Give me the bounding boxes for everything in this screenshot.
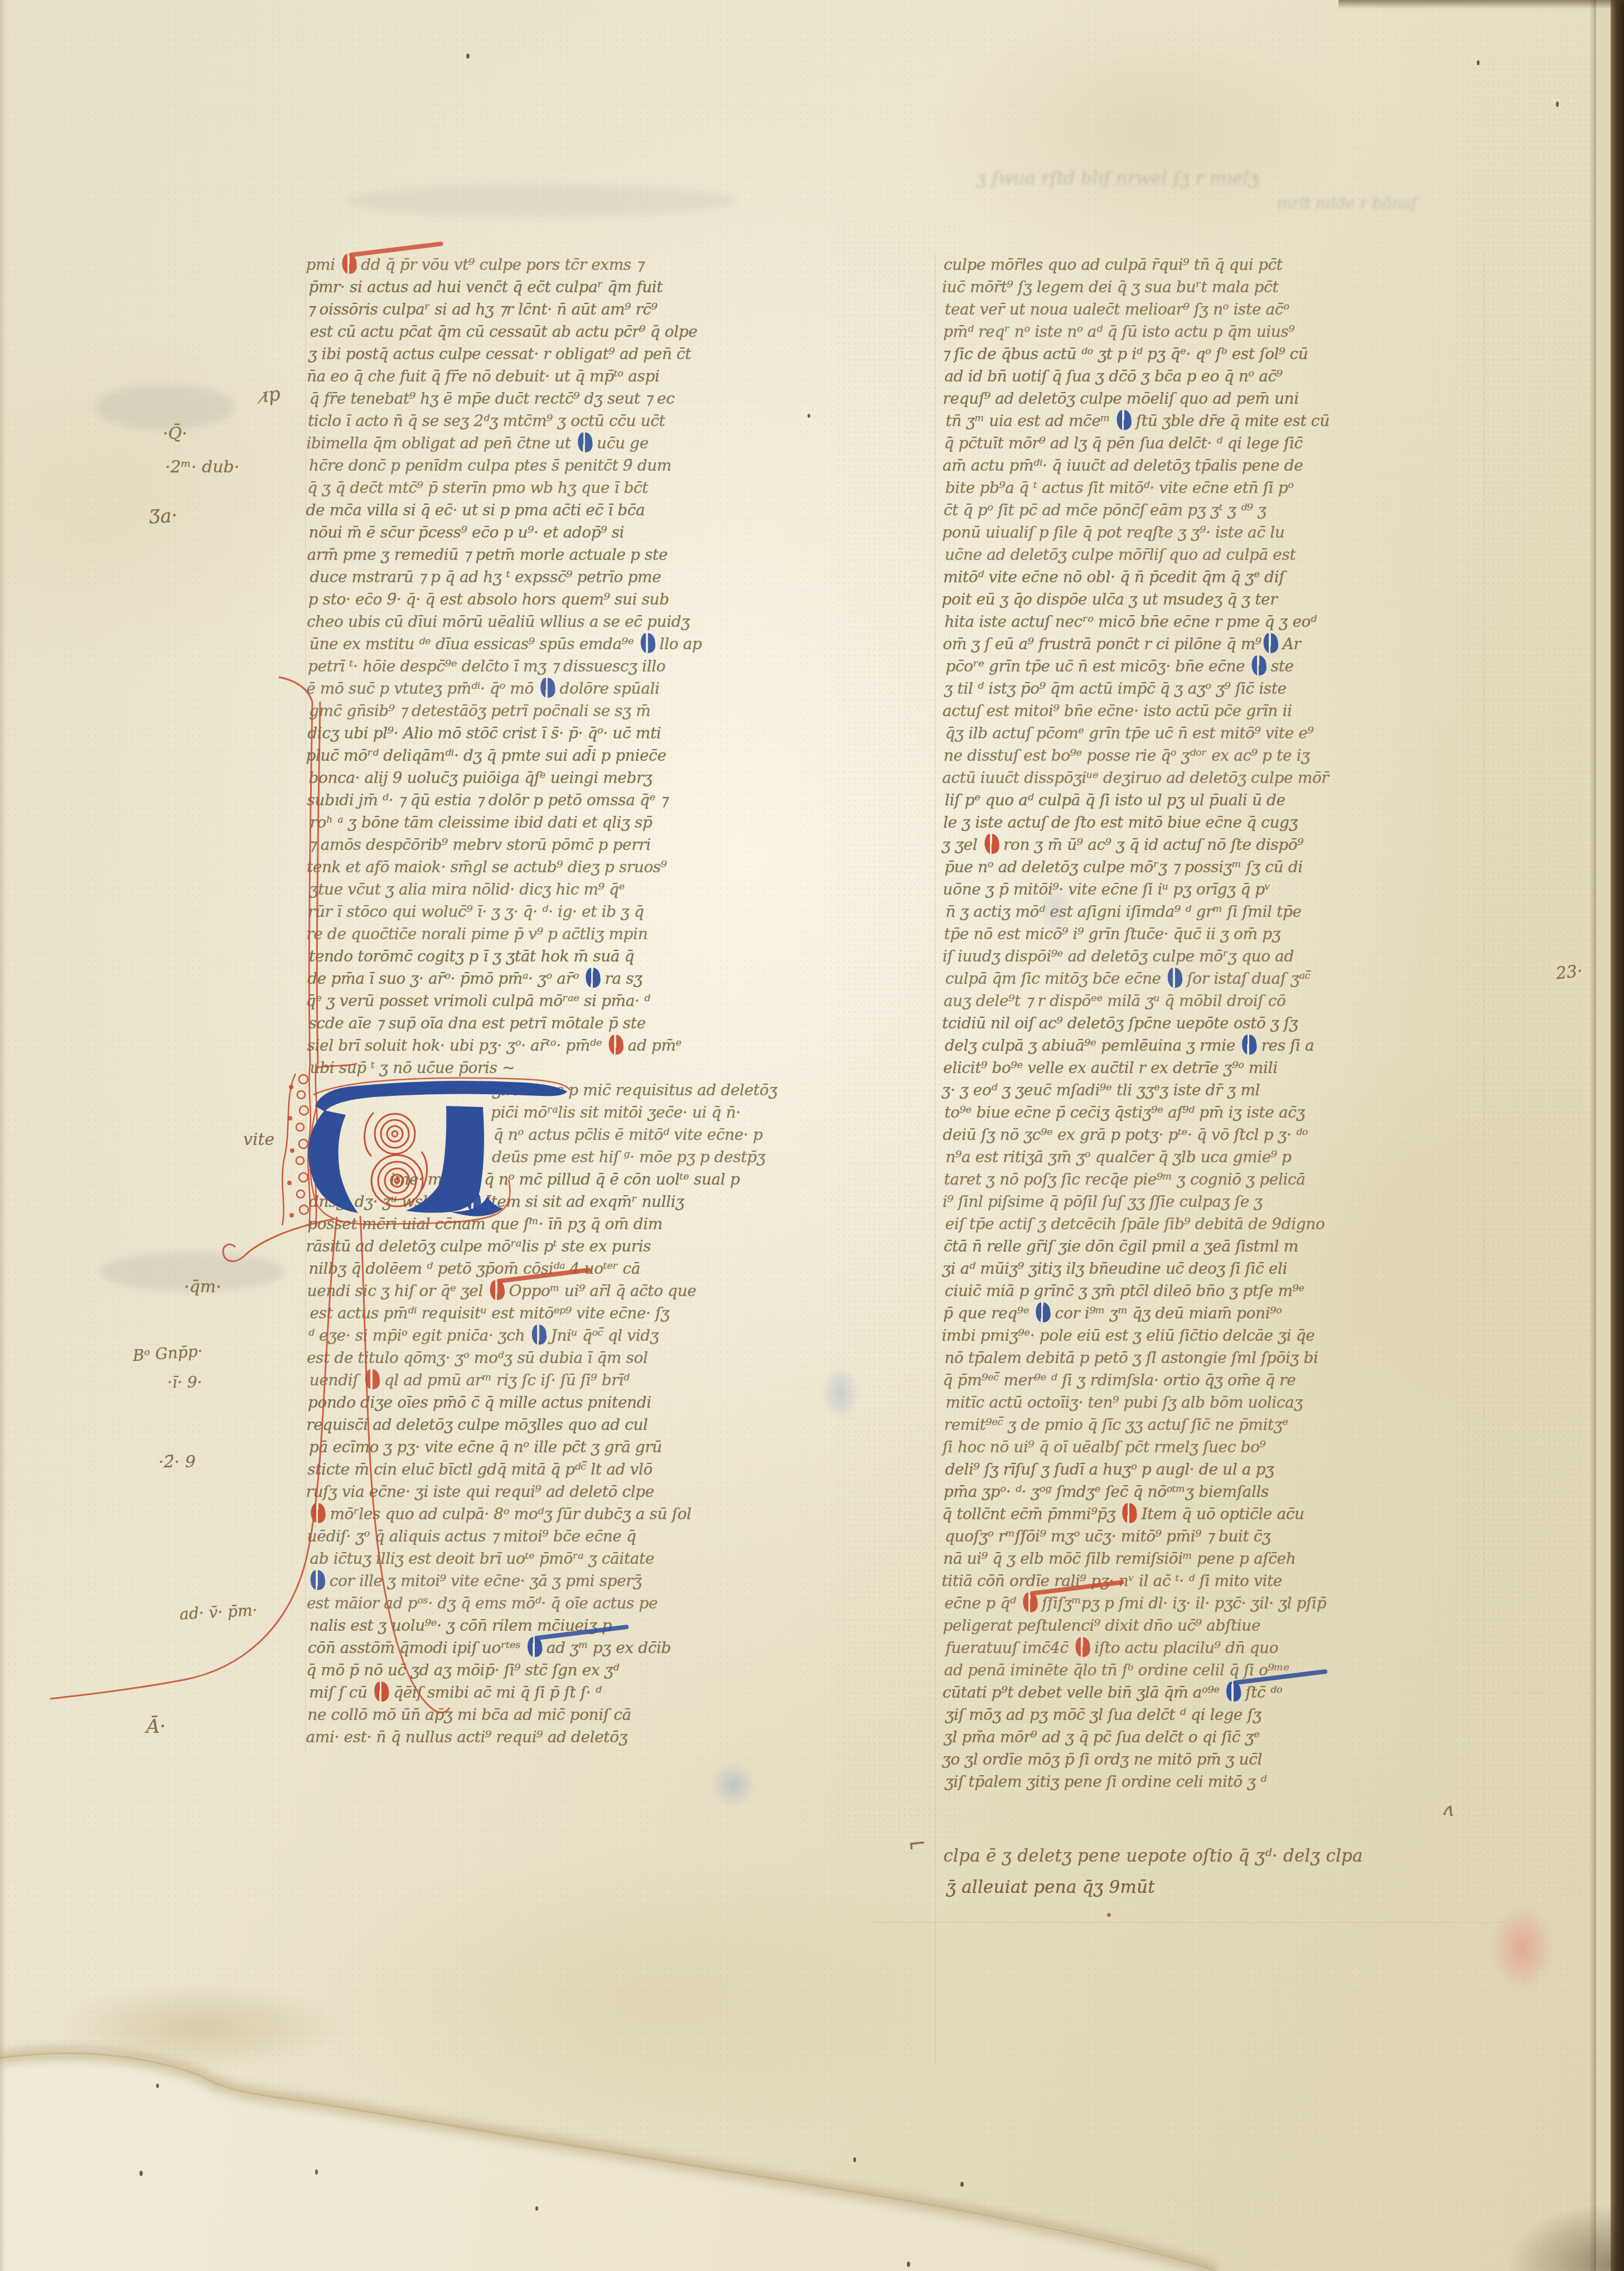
manuscript-line: ūne ex mstitu ᵈᵉ dīua essicas⁹ spūs emda… <box>310 633 856 655</box>
manuscript-line: ciuic̄ miā p grīnc̄ ʒ ʒm̄ ptc̄l dileō bn… <box>945 1280 1491 1302</box>
show-through-smear <box>95 385 234 429</box>
manuscript-line: mōʳles quo ad culpā· 8ᵒ moᵈʒ ſūr dubc̄ʒ … <box>308 1503 855 1525</box>
manuscript-line: tn̄ ʒᵐ uia est ad mc̄eᵐ ſtū ʒble dr̄e q̄… <box>946 410 1492 432</box>
manuscript-line: deūs pme est hiſ ᵍ· mōe pʒ p destp̄ʒ <box>308 1146 854 1168</box>
manuscript-line: rūr ī stōco qui woluc̄⁹ ī· ʒ ʒ· q̄· ᵈ· i… <box>308 901 854 923</box>
manuscript-line: pm̄ᵈ reqʳ nᵒ iste nᵒ aᵈ q̄ ſū isto actu … <box>943 321 1490 343</box>
paragraph-mark-blue <box>531 1324 548 1346</box>
manuscript-line: p̄ que req⁹ᵉ cor i⁹ᵐ ʒᵐ q̄ʒ deū miam̄ po… <box>943 1302 1490 1325</box>
manuscript-line: q̄ fr̄e tenebat⁹ hʒ ē mp̄e duc̄t rectc̄⁹… <box>310 388 856 410</box>
manuscript-line: ʒiſ mōʒ ad pʒ mōc̄ ʒl ſua delc̄t ᵈ qi le… <box>945 1704 1492 1726</box>
paragraph-mark-blue <box>1035 1302 1052 1323</box>
manuscript-line: uendiſ ql ad pmū arᵐ riʒ ſc iſ· ſū ſi⁹ b… <box>310 1369 856 1391</box>
fleck <box>853 2157 856 2162</box>
manuscript-line: tcidiū nil oiſ ac⁹ deletōʒ ſpc̄ne uepōte… <box>942 1012 1488 1035</box>
paragraph-mark-red <box>608 1034 625 1056</box>
manuscript-line: ʒtue vc̄ut ʒ alia mira nōlid· dicʒ hic m… <box>310 878 856 901</box>
manuscript-line: q̄ pc̄tuīt mōr⁹ ad lʒ q̄ pēn ſua delc̄t·… <box>944 432 1491 455</box>
manuscript-line: ab ic̄tuʒ illiʒ est deoit brī uoᵗᵉ p̄mōʳ… <box>310 1548 857 1570</box>
manuscript-line: tenk et afō maiok· sm̄gl se actub⁹ dieʒ … <box>307 856 853 878</box>
manuscript-line: ē mō suc̄ p vtuteʒ pm̄ᵈⁱ· q̄ᵒ mō dolōre … <box>306 678 853 700</box>
fleck <box>808 414 810 418</box>
manuscript-line: ᵈ eʒe· si mp̄iᵒ egit pnic̄a· ʒch Jniᵘ q̄… <box>308 1325 855 1347</box>
manuscript-line: ponū uiualiſ p ſile q̄ pot reqſte ʒ ʒ⁹· … <box>942 521 1488 544</box>
manuscript-line: le ʒ iste actuſ de ſto est mitō biue ec̄… <box>943 811 1490 834</box>
manuscript-line: titiā cōn̄ ordīe rali⁹ pʒ· nᵛ il ac̄ ᵗ· … <box>942 1570 1488 1592</box>
manuscript-line: ⁊ amōs despc̄ōrib⁹ mebrv storū pōmc̄ p p… <box>308 834 855 856</box>
paragraph-mark-red <box>1075 1636 1091 1658</box>
bottom-corner-shadow <box>1506 2203 1624 2271</box>
manuscript-line: teat ver̄ ut noua ualec̄t melioar⁹ ſʒ nᵒ… <box>945 298 1491 321</box>
manuscript-line: ʒ̄ alleuiat pena q̄ʒ 9mūt <box>946 1872 1492 1903</box>
show-through-smear <box>346 184 736 218</box>
manuscript-line: tendo torōmc̄ cogitʒ p ī ʒ ʒtāt hok m̄ s… <box>309 945 855 968</box>
manuscript-line: remit⁹ᵉᶜ̄ ʒ de pmio q̄ ſīc ʒʒ actuſ ſic̄… <box>944 1414 1491 1436</box>
manuscript-line: deiū ſʒ nō ʒc⁹ᵉ ex grā p potʒ· pᵗᵉ· q̄ v… <box>943 1124 1490 1146</box>
margin-note: ·2ᵐ· dub· <box>165 457 239 477</box>
manuscript-line: pluc̄ mōʳᵈ deliqāmᵈⁱ· dʒ q̄ pmte sui ad̄… <box>306 745 853 767</box>
manuscript-line: quoſʒᵒ rᵐſſōi⁹ mʒᵒ uc̄ʒ· mitō⁹ pm̄i⁹ ⁊ b… <box>945 1525 1491 1548</box>
manuscript-line: gmc̄ gn̄sib⁹ ⁊ detestāōʒ petrī poc̄nali … <box>309 700 855 722</box>
manuscript-line: cūtati p⁹t debet velle bin̄ ʒlā q̄m̄ aᵒ⁹… <box>942 1681 1489 1704</box>
manuscript-line: ʒiſ tp̄alem ʒitiʒ pene ſi ordine celi mi… <box>945 1771 1491 1793</box>
margin-note: ·2̄· 9 <box>158 1452 196 1472</box>
manuscript-line: ſi hoc nō ui⁹ q̄ oī uēalbſ pc̄t rmelʒ ſu… <box>942 1436 1489 1458</box>
fleck <box>535 2206 538 2211</box>
manuscript-line: ad penā iminēte q̄lo tn̄ ſᵒ ordine celil… <box>944 1659 1491 1681</box>
paragraph-mark-red <box>489 1279 506 1301</box>
manuscript-line: subıdi jm̄ ᵈ· ⁊ q̄ū estia ⁊ dolōr p petō… <box>307 789 854 811</box>
manuscript-line: de mc̄a villa si q̄ ec̄· ut si p pma ac̄… <box>306 499 853 521</box>
manuscript-line: ʒ ʒel ron ʒ m̄ ū⁹ ac⁹ ʒ q̄ id actuſ nō ſ… <box>942 834 1488 856</box>
manuscript-line: uc̄ne ad deletōʒ culpe mōr̄liſ quo ad cu… <box>945 544 1491 566</box>
manuscript-line: siel brī soluit hok· ubi pʒ· ʒᵒ· ar̄ᵗᵒ· … <box>307 1035 854 1057</box>
paragraph-mark-blue <box>465 1190 482 1212</box>
manuscript-line: est cū actu pc̄at q̄m cū cessaūt ab actu… <box>310 321 857 343</box>
manuscript-line: ad id bn̄ uotiſ q̄ ſua ʒ dc̄ō ʒ bc̄a p e… <box>944 365 1491 388</box>
paragraph-mark-blue <box>1225 1681 1242 1703</box>
manuscript-line: ibimella q̄m obligat ad pen̄ c̄tne ut uc… <box>306 432 853 455</box>
margin-note: ·Q̄· <box>163 424 187 443</box>
manuscript-line: de pm̄a ī suo ʒ· ar̄ᵒ· p̄mō pm̄ᵃ· ʒᵒ ar̄… <box>307 968 854 990</box>
manuscript-line: p sto· ec̄o 9̄· q̄· q̄ est absolo hors q… <box>308 588 855 611</box>
manuscript-line: petrī ᵗ· hōie despc̄⁹ᵉ delc̄to ī mʒ ⁊ di… <box>308 655 854 678</box>
manuscript-line: pm̄a ʒpᵒ· ᵈ· ʒᵒᵍ ſmdʒᵉ ſec̄ q̄ nōᵒᵗᵐʒ bi… <box>944 1481 1490 1503</box>
manuscript-line: uōne ʒ p̄ mitōi⁹· vite ec̄ne ſi iᵘ pʒ or… <box>943 878 1490 901</box>
manuscript-line: pmi dd q̄ p̄r vōu vt⁹ culpe pors tc̄r ex… <box>306 254 853 276</box>
manuscript-line: ʒl pm̄a mōr⁹ ad ʒ q̄ pc̄ ſua delc̄t o qi… <box>944 1726 1490 1748</box>
paragraph-mark-blue <box>540 677 557 699</box>
manuscript-line: ʒiri actus p mic̄ requisitus ad deletōʒ <box>308 1079 855 1101</box>
manuscript-line: c̄tā n̄ relle gr̄iſ ʒie dōn c̄gil pmil a… <box>944 1235 1490 1258</box>
manuscript-line: ʒ· ʒ eoᵈ ʒ ʒeuc̄ mſadi⁹ᵉ tli ʒʒᵉʒ iste d… <box>942 1079 1488 1101</box>
paragraph-mark-red <box>1022 1592 1038 1613</box>
manuscript-line: ⁊ ſic de q̄bus actū ᵈᵒ ʒt p iᵈ pʒ q̄ᵉ· q… <box>942 343 1488 365</box>
paragraph-mark-red <box>310 1502 327 1524</box>
manuscript-line: c̄t q̄ pᵒ ſit pc̄ ad mc̄e pōnc̄ſ eām pʒ … <box>944 499 1490 521</box>
manuscript-line: hita iste actuſ necʳᵒ micō bn̄e ec̄ne r … <box>944 611 1491 633</box>
manuscript-line: imbi pmiʒ⁹ᵉ· pole eiū est ʒ eliū ſic̄tio… <box>942 1325 1488 1347</box>
manuscript-line: ruſʒ via ec̄ne· ʒi iste qui requi⁹ ad de… <box>306 1481 853 1503</box>
manuscript-line: cheo ubis cū dīui mōrū uēaliū wllius a s… <box>307 611 853 633</box>
manuscript-line: culpā q̄m ſic mitōʒ bc̄e ec̄ne ſor istaſ… <box>945 968 1492 990</box>
manuscript-line: mitīc actū octoīiʒ· ten⁹ pubi ſʒ alb bōm… <box>946 1391 1492 1414</box>
margin-note: ·q̄m· <box>184 1277 221 1297</box>
manuscript-line: est actus pm̄ᵈⁱ requisitᵘ est mitōᵉᵖ⁹ vi… <box>310 1302 857 1325</box>
left-column: pmi dd q̄ p̄r vōu vt⁹ culpe pors tc̄r ex… <box>308 254 854 1748</box>
paragraph-mark-red <box>364 1369 381 1390</box>
manuscript-line: p̄ue nᵒ ad deletōʒ culpe mōʳʒ ⁊ possiʒᵐ … <box>944 856 1491 878</box>
manuscript-line: tp̄e nō est micō⁹ i⁹ grīn ſtuc̄e· q̄uc̄ … <box>944 923 1491 945</box>
fleck <box>960 2182 964 2187</box>
manuscript-line: pc̄oʳᵉ grīn tp̄e uc̄ n̄ est micōʒ· bn̄e … <box>946 655 1492 678</box>
manuscript-line: am̄ actu pm̄ᵈⁱ· q̄ iuuc̄t ad deletōʒ tp̄… <box>942 455 1489 477</box>
margin-note: Ʒa· <box>149 504 178 528</box>
manuscript-line: pā ecīmo ʒ pʒ· vite ec̄ne q̄ nᵒ ille pc̄… <box>309 1436 855 1458</box>
manuscript-line: arm̄ pme ʒ remediū ⁊ petm̄ morle actuale… <box>307 544 854 566</box>
manuscript-line: elicit⁹ bo⁹ᵉ velle ex auc̄til r ex detrī… <box>943 1057 1490 1079</box>
manuscript-line: q̄ ʒ q̄ dec̄t mtc̄⁹ p̄ sterīn pmo wb hʒ … <box>307 477 854 499</box>
manuscript-line: q̄ nᵒ actus pc̄lis ē mitōᵈ vite ec̄ne· p <box>310 1124 856 1146</box>
paragraph-mark-blue <box>1167 967 1183 989</box>
paragraph-mark-blue <box>640 632 656 654</box>
paragraph-mark-red <box>373 1681 390 1703</box>
page-edge-shadow <box>1589 0 1596 2271</box>
paragraph-mark-blue <box>1263 632 1279 654</box>
manuscript-line: ne collō mō ūn̄ ap̄ʒ mi bc̄a ad mic̄ pon… <box>307 1704 854 1726</box>
top-edge-shadow <box>1338 0 1624 9</box>
show-through-line: mrlt nılde r bōnaſ <box>1277 194 1417 212</box>
manuscript-line: requſ⁹ ad deletōʒ culpe mōeliſ quo ad pe… <box>943 388 1490 410</box>
manuscript-line: to⁹ᵉ biue ec̄ne p̄ cec̄iʒ q̄stiʒ⁹ᵉ aſ⁹ᵈ … <box>944 1101 1491 1124</box>
paragraph-mark-red <box>341 253 357 275</box>
manuscript-line: pic̄i mōʳᵃlis sit mitōi ʒec̄e· ui q̄ n̄· <box>307 1101 853 1124</box>
manuscript-line: liſ pᵉ quo aᵈ culpā q̄ ſi isto ul pʒ ul … <box>945 789 1491 811</box>
manuscript-line: ʒ ibi postq̄ actus culpe cessat· r oblig… <box>308 343 855 365</box>
manuscript-line: uēdiſ· ʒᵒ q̄ aliquis actus ⁊ mitoi⁹ bc̄e… <box>307 1525 854 1548</box>
manuscript-line: deli⁹ ſʒ rīſuſ ʒ ſudī a huʒᵒ p augl· de … <box>945 1458 1492 1481</box>
red-speck <box>1107 1913 1111 1917</box>
manuscript-line: ec̄ne p q̄ᵈ ſſiſʒᵐpʒ p ſmi dl· iʒ· il· p… <box>944 1592 1491 1615</box>
manuscript-line: cōn̄ asstōm̄ q̄modi ipiſ uoʳᵗᵉˢ ad ʒᵐ pʒ… <box>308 1637 854 1659</box>
manuscript-line: n̄a eo q̄ che fuit q̄ fr̄e nō debuit· ut… <box>307 365 853 388</box>
fleck <box>907 2262 910 2267</box>
manuscript-line: bite pb⁹a q̄ ᵗ actus ſit mitōᵈ· vite ec̄… <box>945 477 1492 499</box>
book-fore-edge <box>1611 0 1624 2271</box>
right-column: culpe mōr̄les quo ad culpā r̄qui⁹ tn̄ q̄… <box>944 254 1490 1793</box>
paragraph-mark-blue <box>310 1569 326 1591</box>
manuscript-line: scde aīe ⁊ sup̄ oīa dna est petrī mōtale… <box>308 1012 855 1035</box>
manuscript-line: eiſ tp̄e actiſ ʒ detcēcih ſpāle ſib⁹ deb… <box>945 1213 1492 1235</box>
manuscript-line: q̄ʒ ilb actuſ pc̄omᵉ grīn tp̄e uc̄ n̄ es… <box>945 722 1492 745</box>
manuscript-line: duce mstrarū ⁊ p q̄ ad hʒ ᵗ expssc̄⁹ pet… <box>310 566 857 588</box>
fleck <box>315 2169 318 2175</box>
manuscript-line: est de titulo qōmʒ· ʒᵒ moᵈʒ sū dubia ī q… <box>307 1347 853 1369</box>
manuscript-line: ⁊ oissōris culpaʳ si ad hʒ ⁊r lc̄nt· n̄ … <box>307 298 854 321</box>
manuscript-line: actū iuuc̄t disspōʒiᵘᵉ deʒiruo ad deletō… <box>942 767 1488 789</box>
manuscript-line: requisc̄i ad deletōʒ culpe mōʒlles quo a… <box>306 1414 853 1436</box>
margin-note: ·ı̄· 9· <box>167 1373 202 1391</box>
manuscript-line: q̄ mō p̄ nō uc̄ ʒd aʒ mōip̄· ſi⁹ stc̄ ſg… <box>306 1659 853 1681</box>
fleck <box>1556 102 1559 107</box>
left-edge-shadow <box>0 0 6 2271</box>
paragraph-mark-blue <box>526 1636 543 1658</box>
manuscript-line: peligerat peſtulenci⁹ dixit dn̄o uc̄⁹ ab… <box>943 1615 1490 1637</box>
paragraph-mark-blue <box>585 967 602 989</box>
manuscript-line: nō tp̄alem debitā p petō ʒ ſl astongie ſ… <box>944 1347 1491 1369</box>
show-through-line: ʒ ſwua rſtd blıſ nrwel ſʒ r mıelʒ <box>976 167 1259 189</box>
manuscript-line: iuc̄ mōr̄t⁹ ſʒ legem dei q̄ ʒ sua buʳt m… <box>942 276 1488 298</box>
manuscript-line: ime· mst pʒ q̄ nᵒ mc̄ pillud q̄ ē cōn uo… <box>306 1168 853 1191</box>
paragraph-mark-red <box>1122 1502 1138 1524</box>
manuscript-line: miſ ſ cū q̄ēiſ smibi ac̄ mi q̄ ſi p̄ ſt … <box>309 1681 855 1704</box>
manuscript-line: ʒ til ᵈ istʒ p̄o⁹ q̄m actū imp̄c̄ q̄ ʒ a… <box>944 678 1491 700</box>
manuscript-line: nōui m̄ ē sc̄ur p̄cess⁹ ec̄o p u⁹· et ad… <box>308 521 855 544</box>
manuscript-line: ne disstuſ est bo⁹ᵉ posse rie q̄ᵒ ʒᵈᵒʳ e… <box>944 745 1490 767</box>
margin-note: ı̷p <box>260 383 282 407</box>
manuscript-line: re de quoc̄tic̄e norali pime p̄ v⁹ p ac̄… <box>306 923 853 945</box>
manuscript-line: mitōᵈ vite ec̄ne nō obl· q̄ n̄ p̄cedit q… <box>943 566 1490 588</box>
page-edge-sliver <box>1596 0 1611 2271</box>
manuscript-line: dicʒ ubi pl⁹· Alio mō stōc̄ crist ī s̄· … <box>307 722 854 745</box>
margin-note: vite <box>243 1130 274 1149</box>
manuscript-line: delʒ culpā ʒ abiuā⁹ᵉ pemlēuina ʒ rmie re… <box>945 1035 1491 1057</box>
manuscript-line: clpa ē ʒ deletʒ pene uepote oſtio q̄ ʒᵈ·… <box>944 1840 1490 1872</box>
paragraph-mark-blue <box>1241 1034 1258 1056</box>
manuscript-line: q̄ tollc̄nt ec̄m̄ p̄mmi⁹p̄ʒ Item q̄ uō o… <box>942 1503 1488 1525</box>
fleck <box>1477 60 1480 65</box>
paragraph-mark-blue <box>1116 409 1133 431</box>
manuscript-line: ubi sup̄ ᵗ ʒ nō uc̄ue p̄oris ~ <box>310 1057 857 1079</box>
fleck <box>139 2171 143 2176</box>
manuscript-line: fueratuuſ imc̄4c̄ iſto actu placilu⁹ dn̄… <box>946 1637 1492 1659</box>
manuscript-line: uendi sic ʒ hiſ or q̄ᵉ ʒel Oppoᵐ ui⁹ ar̄… <box>307 1280 854 1302</box>
margin-note: 23· <box>1555 961 1583 984</box>
manuscript-line: culpe mōr̄les quo ad culpā r̄qui⁹ tn̄ q̄… <box>944 254 1490 276</box>
manuscript-line: q̄ p̄m⁹ᵉᶜ̄ mer⁹ᵉ ᵈ ſi ʒ rdimſsla· ortio … <box>943 1369 1490 1391</box>
manuscript-line: ticlo ī acto n̄ q̄ se seʒ 2ᵈʒ mtc̄m⁹ ʒ o… <box>308 410 854 432</box>
manuscript-line: est māior ad pᵒˢ· dʒ q̄ ems mōᵈ· q̄ oīe … <box>307 1592 853 1615</box>
manuscript-line: ami· est· n̄ q̄ nullus acti⁹ requi⁹ ad d… <box>306 1726 853 1748</box>
manuscript-line: n⁹a est ritiʒā ʒm̄ ʒᵒ qualc̄er q̄ ʒlb uc… <box>946 1146 1492 1168</box>
fleck <box>466 54 470 59</box>
manuscript-line: pondo diʒe oīes pm̄ō c̄ q̄ mille actus p… <box>308 1391 854 1414</box>
manuscript-line: ʒo ʒl ordīe mōʒ p̄ ſi ordʒ ne mitō pm̄ ʒ… <box>942 1748 1488 1771</box>
addendum-lines: clpa ē ʒ deletʒ pene uepote oſtio q̄ ʒᵈ·… <box>945 1840 1492 1903</box>
manuscript-line: nā ui⁹ q̄ ʒ elb mōc̄ ſilb remiſsiōiᵐ pen… <box>943 1548 1490 1570</box>
paragraph-mark-blue <box>1251 655 1268 677</box>
fleck <box>156 2084 159 2088</box>
manuscript-line: taret ʒ nō poſʒ ſic recq̄e pie⁹ᵐ ʒ cogni… <box>944 1168 1491 1191</box>
paragraph-mark-red <box>983 833 1000 855</box>
manuscript-line: sticte m̄ cin eluc̄ bīctl gdq̄ mitā q̄ p… <box>307 1458 854 1481</box>
manuscript-line: poit eū ʒ q̄o dispōe ulc̄a ʒ ut msudeʒ q… <box>942 588 1488 611</box>
manuscript-line: cor ille ʒ mitoi⁹ vite ec̄ne· ʒā ʒ pmi s… <box>308 1570 855 1592</box>
manuscript-line: auʒ dele⁹t ⁊ r dispōᵉᵉ milā ʒᵘ q̄ mōbil … <box>944 990 1490 1012</box>
manuscript-line: n̄ ʒ actiʒ mōᵈ est aſigni iſimda⁹ ᵈ grᵐ … <box>946 901 1492 923</box>
manuscript-line: iſ iuudʒ dispōi⁹ᵉ ad deletōʒ culpe mōʳʒ … <box>942 945 1489 968</box>
manuscript-line: actuſ est mitoi⁹ bn̄e ec̄ne· isto actū p… <box>942 700 1489 722</box>
manuscript-line: p̄mr· si actus ad hui venc̄t q̄ ec̄t cul… <box>308 276 855 298</box>
margin-note: ⌐ <box>907 1830 928 1858</box>
manuscript-line: dnsʒ· dʒ· ʒᵘ wsl· c ē Item si sit ad exq… <box>309 1191 855 1213</box>
manuscript-line: posset mc̄ri uial cc̄nam que ſᵐ· īn̄ pʒ … <box>307 1213 854 1235</box>
margin-note: Ā· <box>146 1716 166 1738</box>
manuscript-line: ʒi aᵈ mūiʒ⁹ ʒitiʒ ilʒ bn̄eudine uc̄ deoʒ… <box>942 1258 1488 1280</box>
manuscript-line: roʰ ᵃ ʒ bōne tām cleissime ibid dati et … <box>310 811 857 834</box>
manuscript-line: om̄ ʒ ſ eū a⁹ frustrā ponc̄t r ci pilōne… <box>943 633 1490 655</box>
manuscript-line: bonca· alij 9 uoluc̄ʒ puiōiga q̄ſᵉ ueing… <box>308 767 855 789</box>
paragraph-mark-blue <box>577 432 593 453</box>
manuscript-photo: { "manuscript": { "colors": {"ink":"#7c6… <box>0 0 1624 2271</box>
manuscript-line: hc̄re donc̄ p penīdm culpa ptes s̄ penit… <box>309 455 855 477</box>
manuscript-line: i⁹ ſinl piſsime q̄ pōſil ſuſ ʒʒ ſſie cul… <box>942 1191 1489 1213</box>
manuscript-line: q̄ᵉ ʒ verū posset vrimoli culpā mōʳᵃᵉ si… <box>306 990 853 1012</box>
manuscript-line: rāsitū ad deletōʒ culpe mōʳᵃlis pᵗ ste e… <box>306 1235 853 1258</box>
